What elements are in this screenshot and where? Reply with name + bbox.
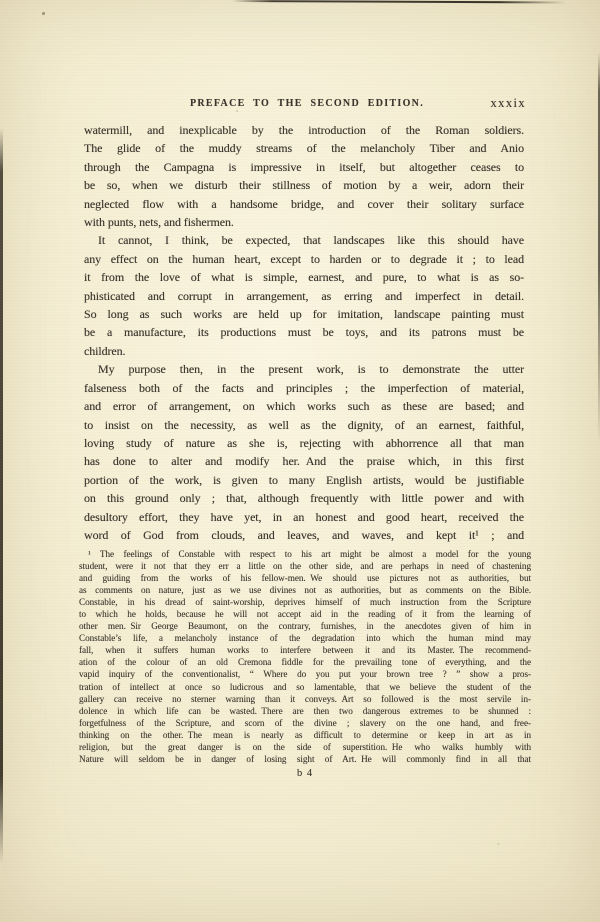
footnote-line: religion, but the great danger is on the… xyxy=(79,741,531,753)
footnote-line: to which he holds, because he will not a… xyxy=(79,608,531,620)
ink-speck xyxy=(42,12,45,15)
text-line: portion of the work, is given to many En… xyxy=(84,471,524,489)
footnote-line: dolence in which life can be wasted. The… xyxy=(79,705,531,717)
text-line: desultory effort, they have yet, in an h… xyxy=(84,508,524,526)
footnote-line: ¹ The feelings of Constable with respect… xyxy=(79,548,531,560)
text-line: it from the love of what is simple, earn… xyxy=(84,268,524,286)
text-line: falseness both of the facts and principl… xyxy=(84,379,524,397)
scanned-book-page: PREFACE TO THE SECOND EDITION. xxxix wat… xyxy=(0,0,600,922)
footnote-line: Constable, in his dread of saint-worship… xyxy=(79,596,531,608)
text-line: So long as such works are held up for im… xyxy=(84,305,524,323)
footnote-line: and guiding from the works of his fellow… xyxy=(79,572,531,584)
text-line: on this ground only ; that, although fre… xyxy=(84,489,524,507)
text-line: with punts, nets, and fishermen. xyxy=(84,213,524,231)
paragraph: watermill, and inexplicable by the intro… xyxy=(84,121,524,231)
text-line: be a manufacture, its productions must b… xyxy=(84,323,524,341)
footnote-line: forgetfulness of the Scripture, and scor… xyxy=(79,717,531,729)
text-line: It cannot, I think, be expected, that la… xyxy=(84,231,524,249)
text-line: to insist on the necessity, as well as t… xyxy=(84,416,524,434)
footnote-line: thinking on the other. The mean is nearl… xyxy=(79,729,531,741)
footnote-line: Constable’s life, a melancholy instance … xyxy=(79,632,531,644)
footnote-line: ation of the colour of an old Cremona fi… xyxy=(79,656,531,668)
text-line: through the Campagna is impressive in it… xyxy=(84,158,524,176)
text-line: phisticated and corrupt in arrangement, … xyxy=(84,287,524,305)
footnote-line: fall, when it suffers human works to int… xyxy=(79,644,531,656)
text-line: watermill, and inexplicable by the intro… xyxy=(84,121,524,139)
text-line: word of God from clouds, and leaves, and… xyxy=(84,526,524,544)
ink-speck xyxy=(497,843,500,845)
body-text: watermill, and inexplicable by the intro… xyxy=(84,121,524,544)
footnote-line: student, were it not that they err a lit… xyxy=(79,560,531,572)
text-line: and error of arrangement, on which works… xyxy=(84,397,524,415)
footnote-line: vapid inquiry of the conventionalist, “ … xyxy=(79,668,531,680)
footnote-line: gallery can receive no sterner warning t… xyxy=(79,693,531,705)
scan-edge-top xyxy=(232,0,566,4)
footnote: ¹ The feelings of Constable with respect… xyxy=(79,548,531,765)
footnote-line: as comments on nature, just as we use di… xyxy=(79,584,531,596)
signature-mark: b 4 xyxy=(79,768,531,779)
text-line: be so, when we disturb their stillness o… xyxy=(84,176,524,194)
running-head: PREFACE TO THE SECOND EDITION. xxxix xyxy=(84,98,530,113)
footnote-line: other men. Sir George Beaumont, on the c… xyxy=(79,620,531,632)
footnote-line: tration of intellect at once so ludicrou… xyxy=(79,681,531,693)
paragraph: My purpose then, in the present work, is… xyxy=(84,360,524,544)
text-line: children. xyxy=(84,342,524,360)
text-line: any effect on the human heart, except to… xyxy=(84,250,524,268)
page-number: xxxix xyxy=(491,96,526,111)
text-line: loving study of nature as she is, reject… xyxy=(84,434,524,452)
scan-edge-left xyxy=(0,128,3,864)
text-line: The glide of the muddy streams of the me… xyxy=(84,139,524,157)
running-head-title: PREFACE TO THE SECOND EDITION. xyxy=(84,98,530,109)
text-line: has done to alter and modify her. And th… xyxy=(84,452,524,470)
text-line: neglected flow with a handsome bridge, a… xyxy=(84,195,524,213)
paragraph: It cannot, I think, be expected, that la… xyxy=(84,231,524,360)
footnote-line: Nature will seldom be in danger of losin… xyxy=(79,753,531,765)
text-line: My purpose then, in the present work, is… xyxy=(84,360,524,378)
